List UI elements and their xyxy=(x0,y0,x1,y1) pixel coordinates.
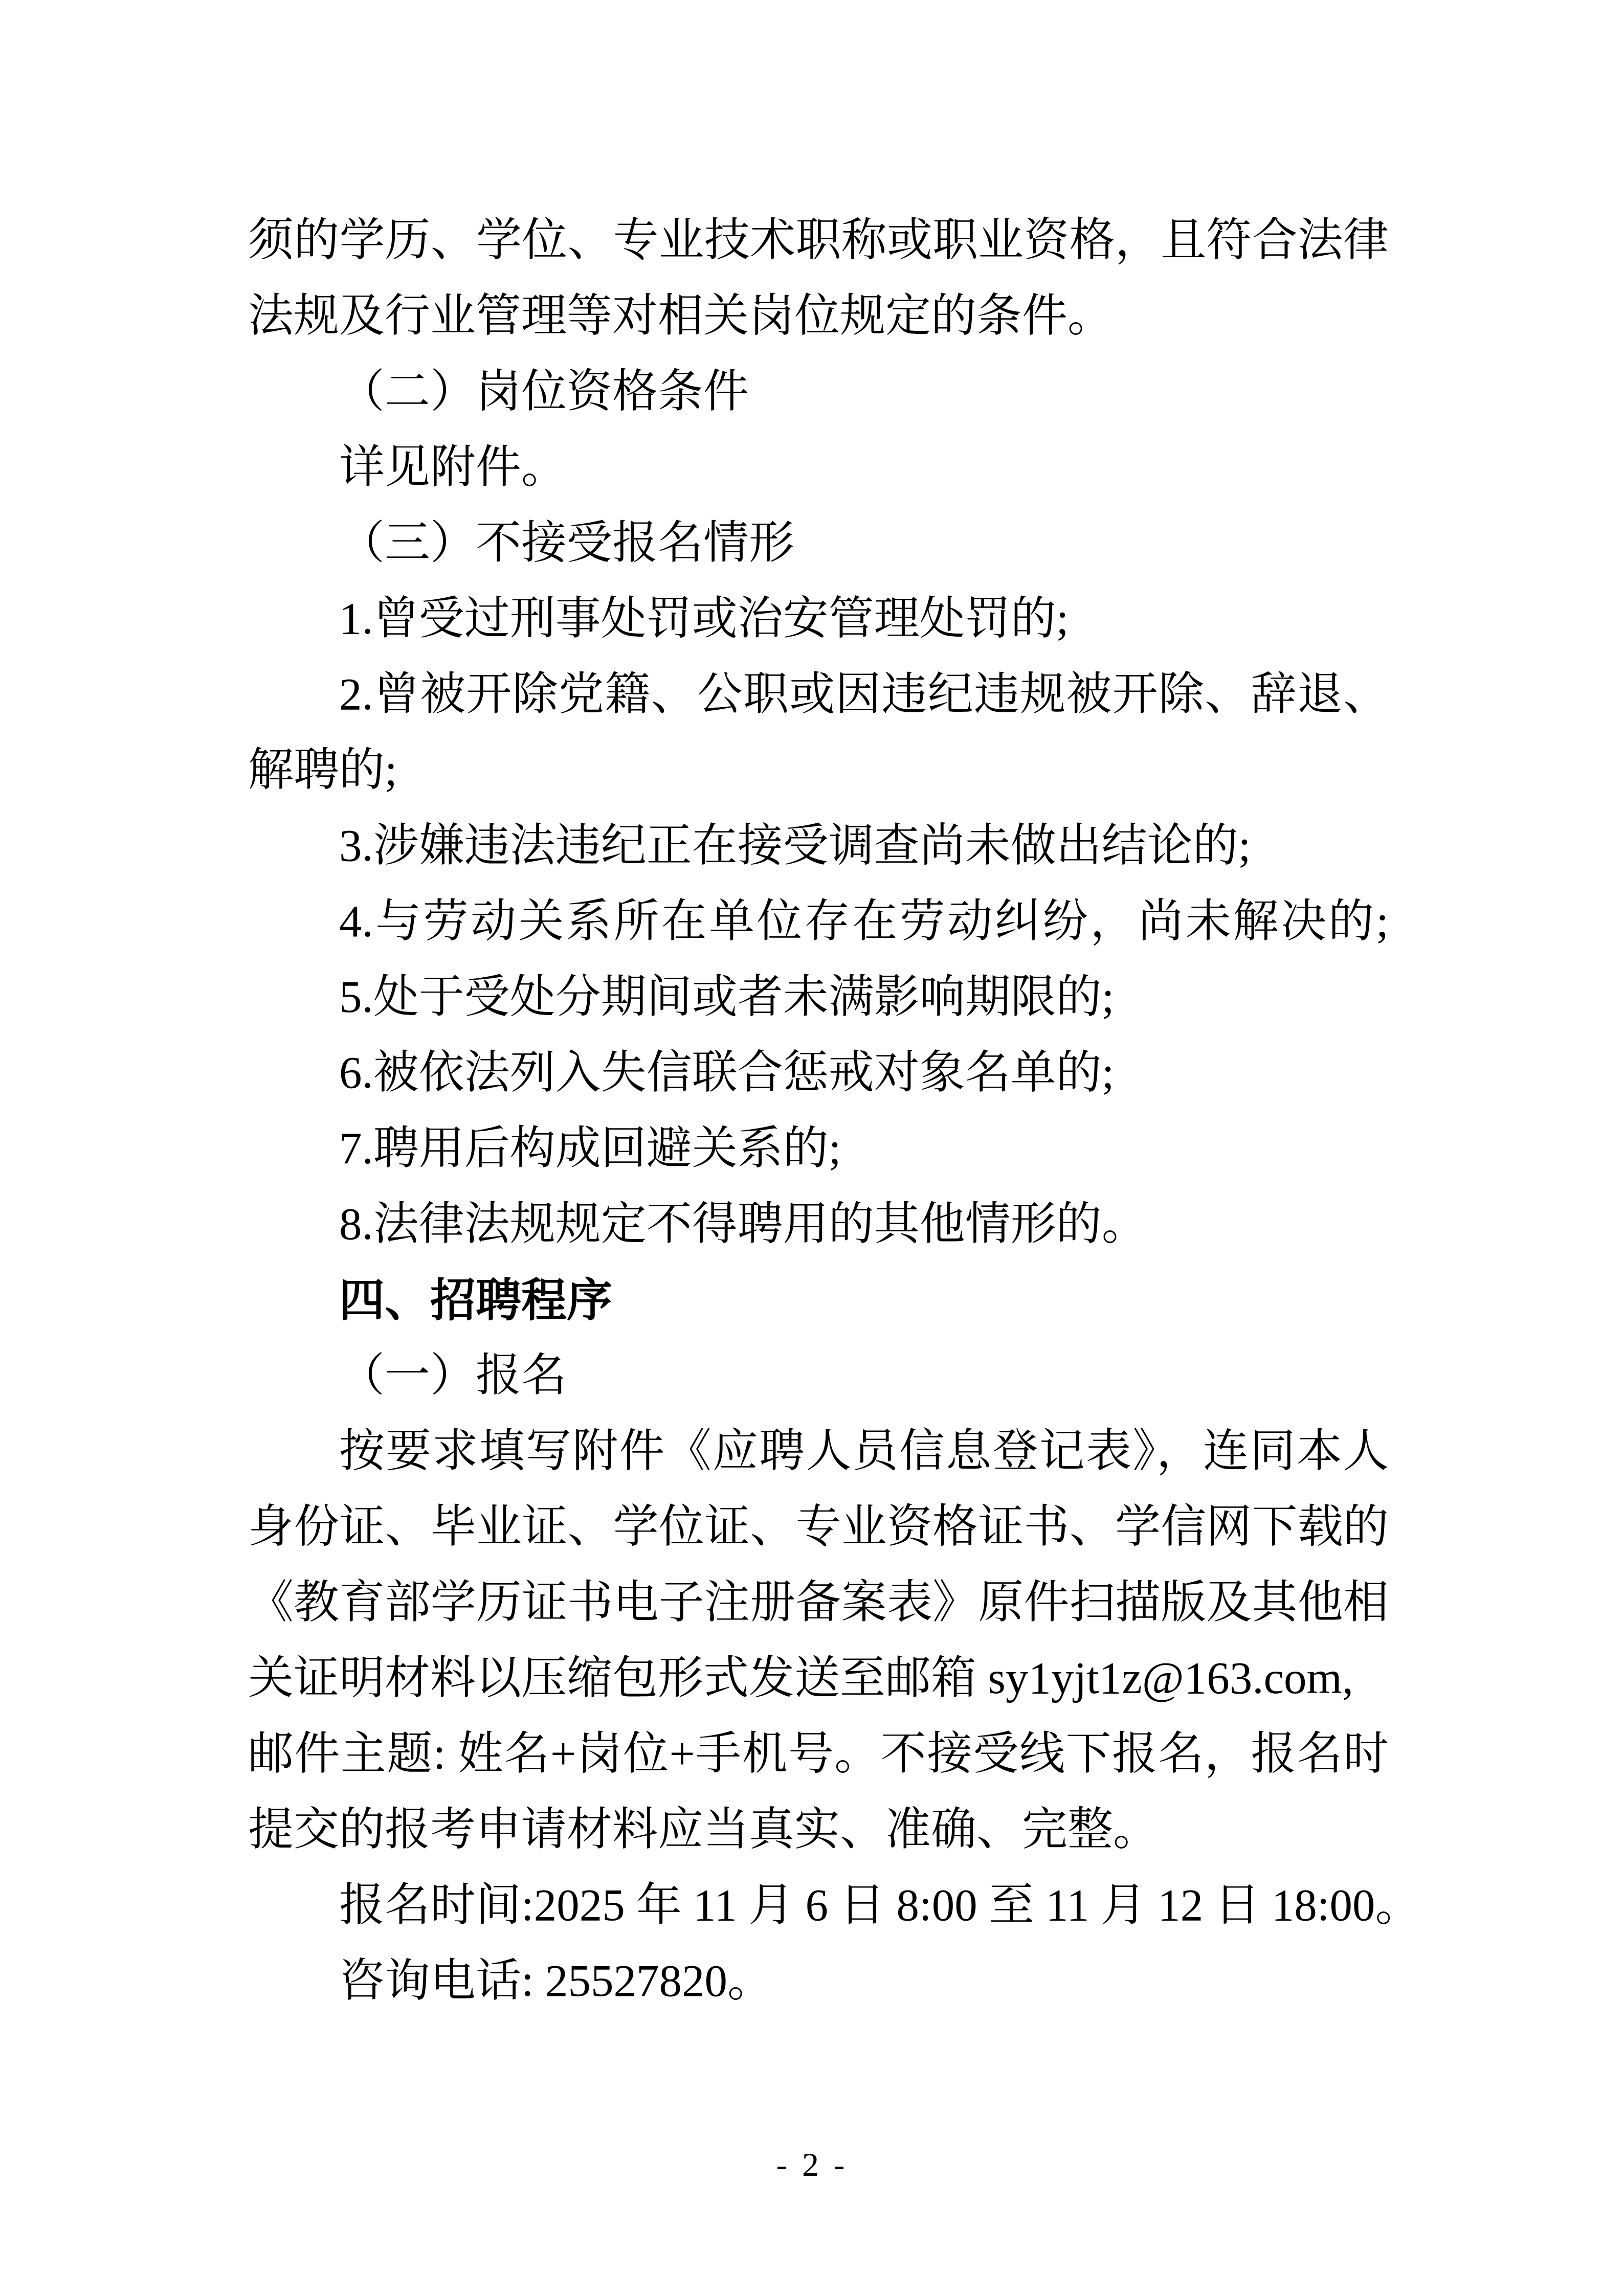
text-line: 详见附件。 xyxy=(248,430,1389,505)
text-line: 2.曾被开除党籍、公职或因违纪违规被开除、辞退、 xyxy=(248,657,1389,732)
text-line: 按要求填写附件《应聘人员信息登记表》，连同本人 xyxy=(248,1413,1389,1489)
text-line: 《教育部学历证书电子注册备案表》原件扫描版及其他相 xyxy=(248,1565,1389,1640)
text-line: 提交的报考申请材料应当真实、准确、完整。 xyxy=(248,1792,1389,1867)
text-line: 须的学历、学位、专业技术职称或职业资格，且符合法律 xyxy=(248,202,1389,278)
text-line: 解聘的; xyxy=(248,732,1389,808)
text-line: （一）报名 xyxy=(248,1338,1389,1413)
document-page: { "page": { "background_color": "#ffffff… xyxy=(0,0,1624,2296)
text-line: 四、招聘程序 xyxy=(248,1262,1389,1338)
scanned-page: 须的学历、学位、专业技术职称或职业资格，且符合法律法规及行业管理等对相关岗位规定… xyxy=(0,0,1624,2296)
text-line: 法规及行业管理等对相关岗位规定的条件。 xyxy=(248,278,1389,354)
text-line: 8.法律法规规定不得聘用的其他情形的。 xyxy=(248,1186,1389,1262)
document-body: 须的学历、学位、专业技术职称或职业资格，且符合法律法规及行业管理等对相关岗位规定… xyxy=(248,202,1389,2019)
text-line: 身份证、毕业证、学位证、专业资格证书、学信网下载的 xyxy=(248,1489,1389,1565)
text-line: 3.涉嫌违法违纪正在接受调查尚未做出结论的; xyxy=(248,808,1389,884)
text-line: 4.与劳动关系所在单位存在劳动纠纷，尚未解决的; xyxy=(248,884,1389,959)
page-number: - 2 - xyxy=(0,2131,1624,2199)
text-line: 关证明材料以压缩包形式发送至邮箱 sy1yjt1z@163.com, xyxy=(248,1640,1389,1716)
text-line: （二）岗位资格条件 xyxy=(248,354,1389,430)
text-line: 咨询电话: 25527820。 xyxy=(248,1943,1389,2019)
text-line: 6.被依法列入失信联合惩戒对象名单的; xyxy=(248,1035,1389,1111)
text-line: 5.处于受处分期间或者未满影响期限的; xyxy=(248,959,1389,1035)
text-line: （三）不接受报名情形 xyxy=(248,505,1389,581)
text-line: 1.曾受过刑事处罚或治安管理处罚的; xyxy=(248,581,1389,657)
text-line: 7.聘用后构成回避关系的; xyxy=(248,1111,1389,1186)
text-line: 邮件主题: 姓名+岗位+手机号。不接受线下报名，报名时 xyxy=(248,1716,1389,1792)
text-line: 报名时间:2025 年 11 月 6 日 8:00 至 11 月 12 日 18… xyxy=(248,1867,1389,1943)
